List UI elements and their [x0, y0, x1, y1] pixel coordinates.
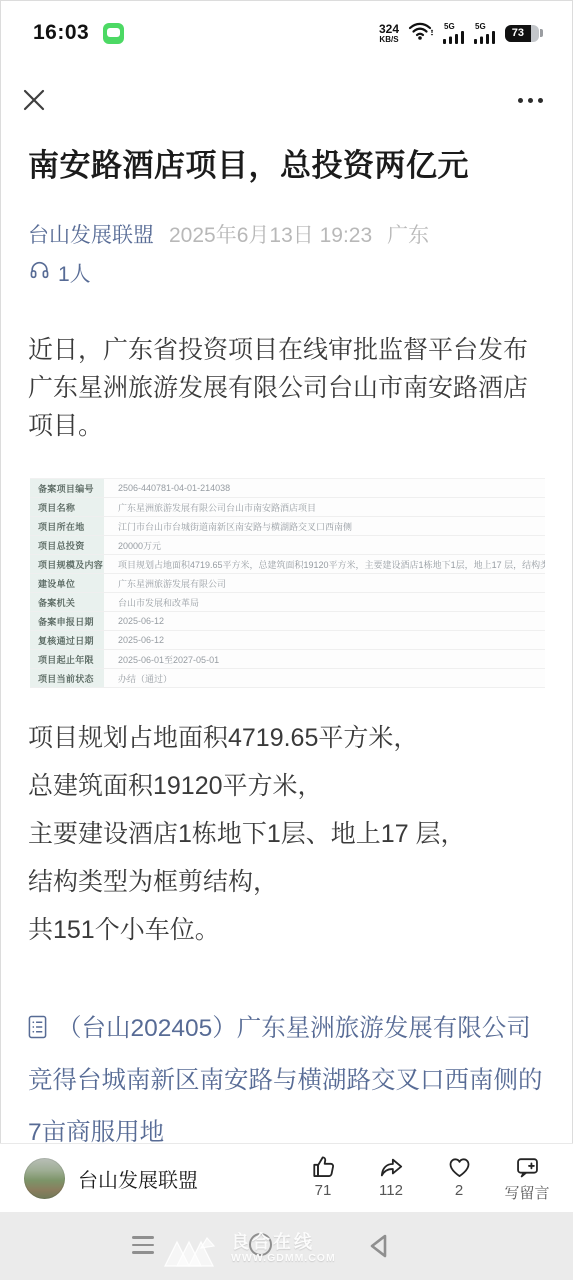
like-count: 71 [315, 1182, 332, 1199]
back-icon[interactable] [366, 1232, 392, 1265]
battery-icon: 73 [505, 25, 543, 42]
headphones-icon [28, 259, 51, 287]
thumbs-up-icon [310, 1154, 337, 1181]
status-bar: 16:03 324 KB/S 5G [0, 0, 573, 56]
related-article-link-text: （台山202405）广东星洲旅游发展有限公司竞得台城南新区南安路与横湖路交叉口西… [28, 1015, 543, 1146]
comment-icon [514, 1154, 541, 1181]
watermark-logo-icon [162, 1226, 222, 1270]
table-row: 项目总投资20000万元 [30, 536, 545, 555]
android-nav-bar: 良合在线 WWW.GDMM.COM [0, 1212, 573, 1280]
article-header [0, 80, 573, 120]
table-row: 项目名称广东星洲旅游发展有限公司台山市南安路酒店项目 [30, 498, 545, 517]
share-arrow-icon [378, 1154, 405, 1181]
close-icon[interactable] [21, 87, 47, 113]
engagement-actions: 71 112 2 写留言 [293, 1154, 557, 1203]
bottom-action-bar: 台山发展联盟 71 112 2 [0, 1143, 573, 1212]
publish-location: 广东 [387, 219, 429, 249]
battery-percent: 73 [505, 25, 531, 42]
comment-label: 写留言 [504, 1182, 549, 1203]
detail-line: 共151个小车位。 [28, 906, 548, 954]
byline: 台山发展联盟 2025年6月13日 19:23 广东 [28, 219, 429, 249]
status-bar-right: 324 KB/S 5G [379, 20, 543, 47]
table-row: 建设单位广东星洲旅游发展有限公司 [30, 574, 545, 593]
table-row: 备案申报日期2025-06-12 [30, 612, 545, 631]
cell-signal-icon-2: 5G [474, 23, 496, 44]
share-count: 112 [379, 1182, 403, 1199]
share-button[interactable]: 112 [361, 1154, 421, 1199]
table-row: 项目起止年限2025-06-01至2027-05-01 [30, 650, 545, 669]
detail-line: 总建筑面积19120平方米， [28, 762, 548, 810]
listen-row[interactable]: 1人 [28, 258, 91, 288]
watermark-url: WWW.GDMM.COM [231, 1252, 336, 1264]
document-icon [28, 1015, 47, 1039]
article-detail-lines: 项目规划占地面积4719.65平方米， 总建筑面积19120平方米， 主要建设酒… [28, 714, 548, 954]
message-app-icon [103, 23, 124, 44]
table-row: 备案项目编号2506-440781-04-01-214038 [30, 479, 545, 498]
table-row: 项目当前状态办结（通过） [30, 669, 545, 688]
comment-button[interactable]: 写留言 [497, 1154, 557, 1203]
home-icon[interactable] [249, 1233, 272, 1256]
heart-icon [446, 1154, 473, 1181]
network-speed: 324 KB/S [379, 23, 399, 44]
detail-line: 项目规划占地面积4719.65平方米， [28, 714, 548, 762]
detail-line: 主要建设酒店1栋地下1层、地上17 层， [28, 810, 548, 858]
table-row: 项目所在地江门市台山市台城街道南新区南安路与横湖路交叉口西南侧 [30, 517, 545, 536]
favorite-button[interactable]: 2 [429, 1154, 489, 1199]
project-record-table-image[interactable]: 备案项目编号2506-440781-04-01-214038 项目名称广东星洲旅… [30, 478, 545, 688]
detail-line: 结构类型为框剪结构， [28, 858, 548, 906]
recents-menu-icon[interactable] [132, 1236, 154, 1254]
favorite-count: 2 [455, 1182, 463, 1199]
wifi-icon [408, 20, 434, 47]
article-title: 南安路酒店项目，总投资两亿元 [28, 146, 547, 187]
phone-screen: 16:03 324 KB/S 5G [0, 0, 573, 1280]
account-name[interactable]: 台山发展联盟 [78, 1164, 198, 1193]
watermark-text: 良合在线 [231, 1232, 336, 1253]
like-button[interactable]: 71 [293, 1154, 353, 1199]
more-menu-icon[interactable] [516, 92, 545, 109]
author-link[interactable]: 台山发展联盟 [28, 219, 154, 249]
table-row: 项目规模及内容项目规划占地面积4719.65平方米，总建筑面积19120平方米，… [30, 555, 545, 574]
listen-count: 1人 [58, 258, 91, 288]
table-row: 备案机关台山市发展和改革局 [30, 593, 545, 612]
cell-signal-icon-1: 5G [443, 23, 465, 44]
clock: 16:03 [33, 21, 89, 45]
publish-date: 2025年6月13日 19:23 [169, 219, 372, 249]
account-avatar[interactable] [24, 1158, 65, 1199]
article-paragraph-1: 近日，广东省投资项目在线审批监督平台发布广东星洲旅游发展有限公司台山市南安路酒店… [28, 331, 548, 445]
table-row: 复核通过日期2025-06-12 [30, 631, 545, 650]
related-article-link[interactable]: （台山202405）广东星洲旅游发展有限公司竞得台城南新区南安路与横湖路交叉口西… [28, 1003, 550, 1159]
